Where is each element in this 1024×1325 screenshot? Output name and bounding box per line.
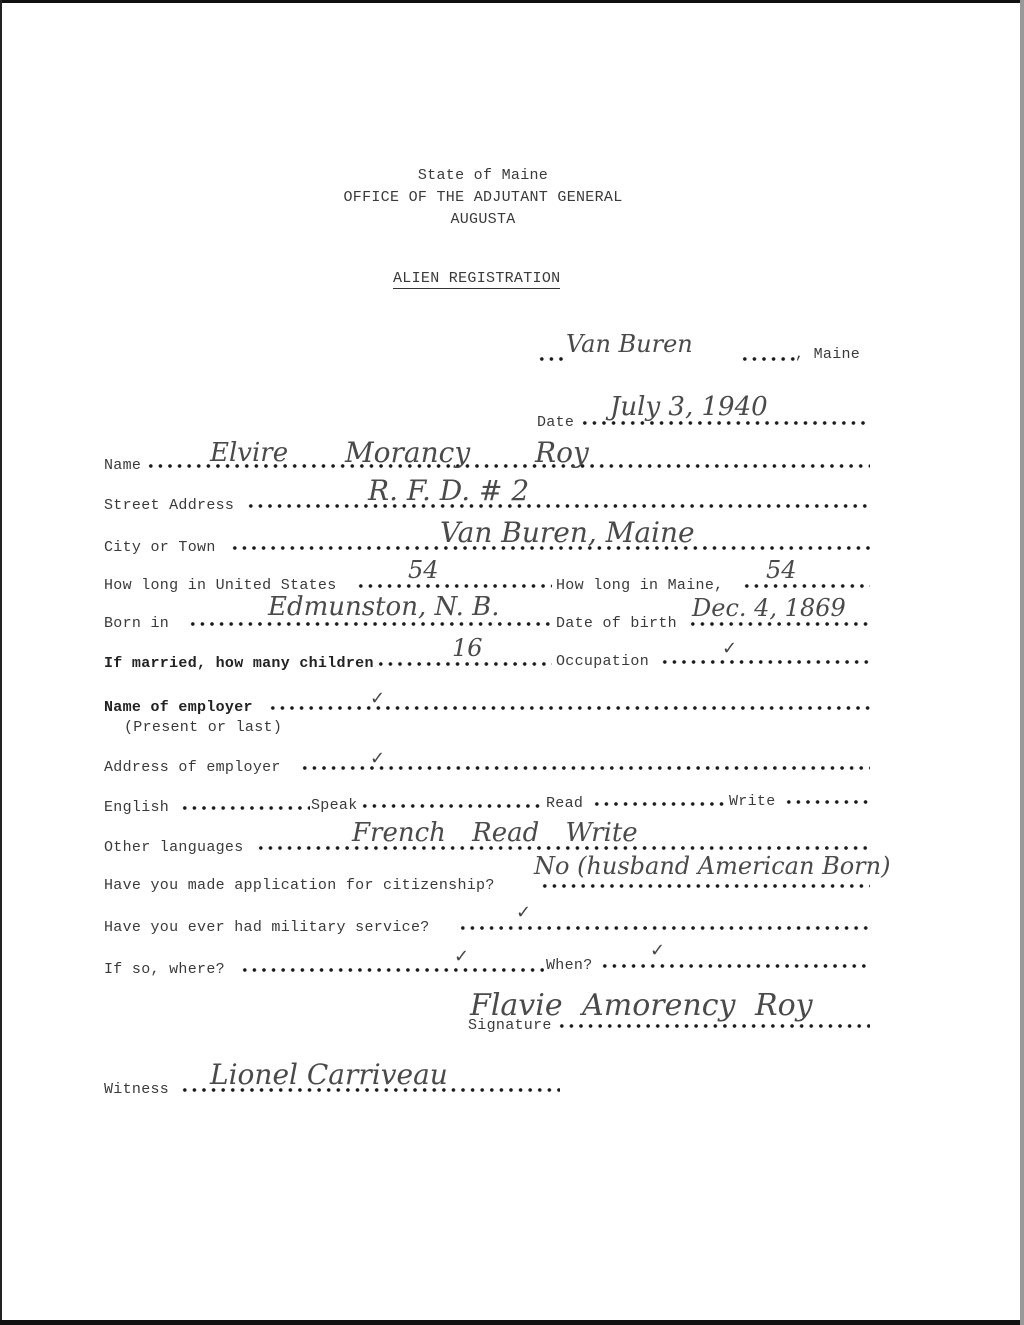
how-long-maine-label: How long in Maine, — [556, 577, 723, 594]
other-languages-value[interactable]: French Read Write — [352, 818, 638, 848]
citizenship-dots — [540, 883, 870, 889]
where-label: If so, where? — [104, 961, 225, 978]
place-dots-left — [537, 356, 567, 362]
how-long-us-dots — [356, 583, 552, 589]
citizenship-value[interactable]: No (husband American Born) — [534, 852, 890, 880]
street-address-dots — [246, 503, 870, 509]
occupation-check-icon[interactable]: ✓ — [722, 638, 737, 659]
header-city: AUGUSTA — [0, 211, 966, 228]
header-state: State of Maine — [0, 167, 966, 184]
signature-label: Signature — [468, 1017, 552, 1034]
witness-value[interactable]: Lionel Carriveau — [210, 1058, 448, 1091]
date-value[interactable]: July 3, 1940 — [610, 392, 768, 422]
place-town[interactable]: Van Buren — [566, 330, 693, 358]
occupation-label: Occupation — [556, 653, 649, 670]
date-of-birth-value[interactable]: Dec. 4, 1869 — [692, 594, 846, 622]
scan-border-top — [0, 0, 1024, 3]
form-title: ALIEN REGISTRATION — [393, 270, 560, 287]
english-read-label: Read — [546, 795, 583, 812]
where-dots — [240, 967, 544, 973]
date-of-birth-label: Date of birth — [556, 615, 677, 632]
place-dots-right — [740, 356, 795, 362]
when-label: When? — [546, 957, 593, 974]
employer-name-dots — [268, 705, 870, 711]
english-write-label: Write — [729, 793, 776, 810]
city-value[interactable]: Van Buren, Maine — [440, 516, 695, 549]
english-label: English — [104, 799, 169, 816]
when-dots — [600, 963, 870, 969]
name-first[interactable]: Elvire — [210, 438, 288, 468]
date-label: Date — [537, 414, 574, 431]
employer-name-label: Name of employer — [104, 699, 253, 716]
children-label: If married, how many children — [104, 655, 374, 672]
children-value[interactable]: 16 — [452, 634, 483, 662]
name-last[interactable]: Roy — [535, 436, 589, 469]
employer-address-label: Address of employer — [104, 759, 281, 776]
military-check-icon[interactable]: ✓ — [516, 902, 531, 923]
military-dots — [458, 925, 870, 931]
where-check-icon[interactable]: ✓ — [454, 946, 469, 967]
city-label: City or Town — [104, 539, 216, 556]
when-check-icon[interactable]: ✓ — [650, 940, 665, 961]
citizenship-label: Have you made application for citizenshi… — [104, 877, 495, 894]
english-read-dots — [592, 801, 728, 807]
english-write-dots — [784, 799, 870, 805]
scan-border-bottom — [0, 1320, 1024, 1325]
how-long-maine-dots — [742, 583, 870, 589]
employer-address-check-icon[interactable]: ✓ — [370, 748, 385, 769]
witness-label: Witness — [104, 1081, 169, 1098]
employer-address-dots — [300, 765, 870, 771]
born-in-value[interactable]: Edmunston, N. B. — [268, 592, 499, 622]
employer-name-check-icon[interactable]: ✓ — [370, 688, 385, 709]
military-label: Have you ever had military service? — [104, 919, 430, 936]
street-address-value[interactable]: R. F. D. # 2 — [368, 474, 529, 507]
signature-dots — [557, 1023, 870, 1029]
employer-name-sublabel: (Present or last) — [124, 719, 282, 736]
occupation-dots — [660, 659, 870, 665]
scan-border-right — [1020, 0, 1024, 1325]
english-speak-dots — [360, 803, 544, 809]
header-office: OFFICE OF THE ADJUTANT GENERAL — [0, 189, 966, 206]
how-long-maine-value[interactable]: 54 — [766, 556, 797, 584]
english-dots — [180, 805, 310, 811]
name-label: Name — [104, 457, 141, 474]
place-state: , Maine — [795, 346, 860, 363]
name-middle[interactable]: Morancy — [345, 436, 470, 469]
english-speak-label: Speak — [311, 797, 358, 814]
street-address-label: Street Address — [104, 497, 234, 514]
how-long-us-value[interactable]: 54 — [408, 556, 439, 584]
other-languages-label: Other languages — [104, 839, 244, 856]
born-in-label: Born in — [104, 615, 169, 632]
